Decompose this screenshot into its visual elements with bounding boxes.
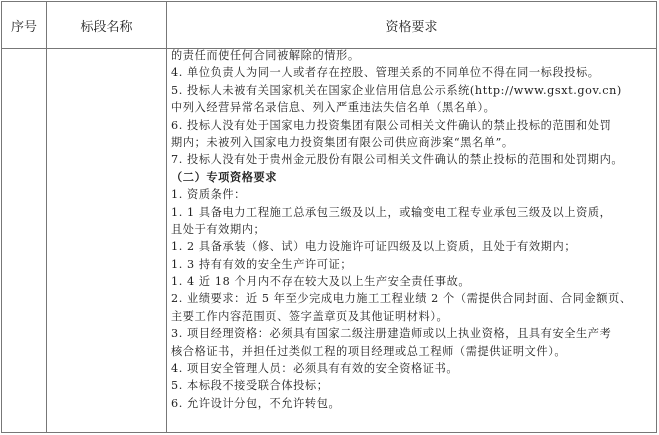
header-section-name: 标段名称 — [47, 2, 166, 48]
requirement-line: 核合格证书，并担任过类似工程的项目经理或总工程师（需提供证明文件）。 — [171, 343, 653, 360]
requirement-line: 1. 1 具备电力工程施工总承包三级及以上，或输变电工程专业承包三级及以上资质， — [171, 204, 653, 221]
header-requirements: 资格要求 — [167, 2, 656, 48]
requirement-line: 1. 资质条件： — [171, 186, 653, 203]
requirement-line: 1. 4 近 18 个月内不存在较大及以上生产安全责任事故。 — [171, 273, 653, 290]
requirement-line: 7. 投标人没有处于贵州金元股份有限公司相关文件确认的禁止投标的范围和处罚期内。 — [171, 151, 653, 168]
requirement-line: 6. 投标人没有处于国家电力投资集团有限公司相关文件确认的禁止投标的范围和处罚 — [171, 117, 653, 134]
requirement-line: 中列入经营异常名录信息、列入严重违法失信名单（黑名单）。 — [171, 99, 653, 116]
requirement-line: 1. 2 具备承装（修、试）电力设施许可证四级及以上资质，且处于有效期内； — [171, 238, 653, 255]
requirement-line: 4. 单位负责人为同一人或者存在控股、管理关系的不同单位不得在同一标段投标。 — [171, 64, 653, 81]
requirement-line: 2. 业绩要求：近 5 年至少完成电力施工工程业绩 2 个（需提供合同封面、合同… — [171, 290, 653, 307]
requirement-line: 4. 项目安全管理人员：必须具有有效的安全资格证书。 — [171, 360, 653, 377]
subsection-heading: （二）专项资格要求 — [171, 169, 653, 186]
requirement-line: 主要工作内容范围页、签字盖章页及其他证明材料）。 — [171, 308, 653, 325]
header-index: 序号 — [2, 2, 46, 48]
requirements-cell: 的责任而使任何合同被解除的情形。 4. 单位负责人为同一人或者存在控股、管理关系… — [171, 47, 653, 412]
requirement-line: 3. 项目经理资格：必须具有国家二级注册建造师或以上执业资格，且具有安全生产考 — [171, 325, 653, 342]
requirement-line: 的责任而使任何合同被解除的情形。 — [171, 47, 653, 64]
column-divider — [166, 2, 167, 432]
requirement-line: 1. 3 持有有效的安全生产许可证； — [171, 256, 653, 273]
requirement-line: 5. 本标段不接受联合体投标； — [171, 377, 653, 394]
requirement-line: 期内；未被列入国家电力投资集团有限公司供应商涉案“黑名单”。 — [171, 134, 653, 151]
requirement-line: 且处于有效期内； — [171, 221, 653, 238]
requirement-line: 5. 投标人未被有关国家机关在国家企业信用信息公示系统(http://www.g… — [171, 82, 653, 99]
requirement-line: 6. 允许设计分包，不允许转包。 — [171, 395, 653, 412]
column-divider — [46, 2, 47, 432]
